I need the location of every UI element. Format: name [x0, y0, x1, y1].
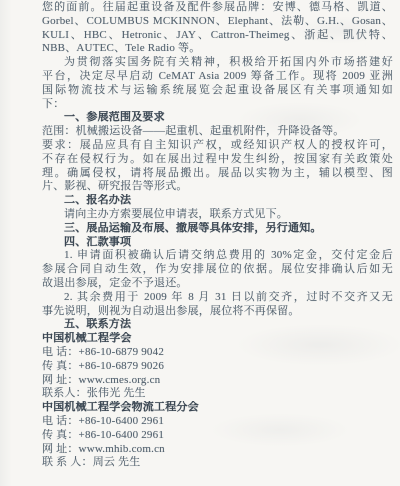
text-line: 电 话：+86-10-6879 9042 [42, 346, 393, 360]
text-line: 您的面前。往届起重设备及配件参展品牌：安博、德马格、凯道、 [42, 1, 393, 15]
text-line: 为贯彻落实国务院有关精神，积极给开拓国内外市场搭建好 [42, 56, 393, 70]
document-body: 您的面前。往届起重设备及配件参展品牌：安博、德马格、凯道、Gorbel、COLU… [42, 1, 393, 470]
text-line: 片、影视、研究报告等形式。 [42, 180, 393, 194]
text-line: 请向主办方索要展位申请表，联系方式见下。 [42, 208, 393, 222]
text-line: KULI、HBC、Hetronic、JAY、Cattron-Theimeg、浙起… [42, 29, 393, 43]
text-line: 传 真：+86-10-6879 9026 [42, 360, 393, 374]
text-line: 事先说明，则视为自动退出参展，展位将不再保留。 [42, 305, 393, 319]
text-line: 电 话：+86-10-6400 2961 [42, 415, 393, 429]
document-page: 您的面前。往届起重设备及配件参展品牌：安博、德马格、凯道、Gorbel、COLU… [0, 0, 400, 486]
text-line: 参展合同自动生效，作为安排展位的依据。展位安排确认后如无 [42, 263, 393, 277]
text-line: 网 址：www.cmes.org.cn [42, 374, 393, 388]
text-line: 平台，决定尽早启动 CeMAT Asia 2009 筹备工作。现将 2009 亚… [42, 70, 393, 84]
text-line: 故退出参展，定金不予退还。 [42, 277, 393, 291]
heading-line: 三、展品运输及布展、撤展等具体安排，另行通知。 [42, 222, 393, 236]
text-line: 下： [42, 98, 393, 112]
text-line: 要求：展品应具有自主知识产权，或经知识产权人的授权许可， [42, 139, 393, 153]
text-line: 2. 其余费用于 2009 年 8 月 31 日以前交齐，过时不交齐又无 [42, 291, 393, 305]
text-line: 不存在侵权行为。如在展出过程中发生纠纷，按国家有关政策处 [42, 153, 393, 167]
text-line: 传 真：+86-10-6400 2961 [42, 429, 393, 443]
heading-line: 一、参展范围及要求 [42, 111, 393, 125]
heading-line: 五、联系方法 [42, 318, 393, 332]
text-line: 理。确属侵权，请将展品搬出。展品以实物为主，辅以模型、图 [42, 167, 393, 181]
text-line: 1. 申请面积被确认后请交纳总费用的 30%定金，交付定金后 [42, 249, 393, 263]
heading-line: 中国机械工程学会物流工程分会 [42, 401, 393, 415]
text-line: 联系人：张伟光 先生 [42, 387, 393, 401]
text-line: 网 址：www.mhib.com.cn [42, 443, 393, 457]
text-line: 范围：机械搬运设备——起重机、起重机附件，升降设备等。 [42, 125, 393, 139]
heading-line: 二、报名办法 [42, 194, 393, 208]
heading-line: 四、汇款事项 [42, 236, 393, 250]
text-line: 联 系 人：周云 先生 [42, 456, 393, 470]
text-line: NBB、AUTEC、Tele Radio 等。 [42, 42, 393, 56]
text-line: 国际物流技术与运输系统展览会起重设备展区有关事项通知如 [42, 84, 393, 98]
text-line: Gorbel、COLUMBUS MCKINNON、Elephant、法勒、G.H… [42, 15, 393, 29]
heading-line: 中国机械工程学会 [42, 332, 393, 346]
